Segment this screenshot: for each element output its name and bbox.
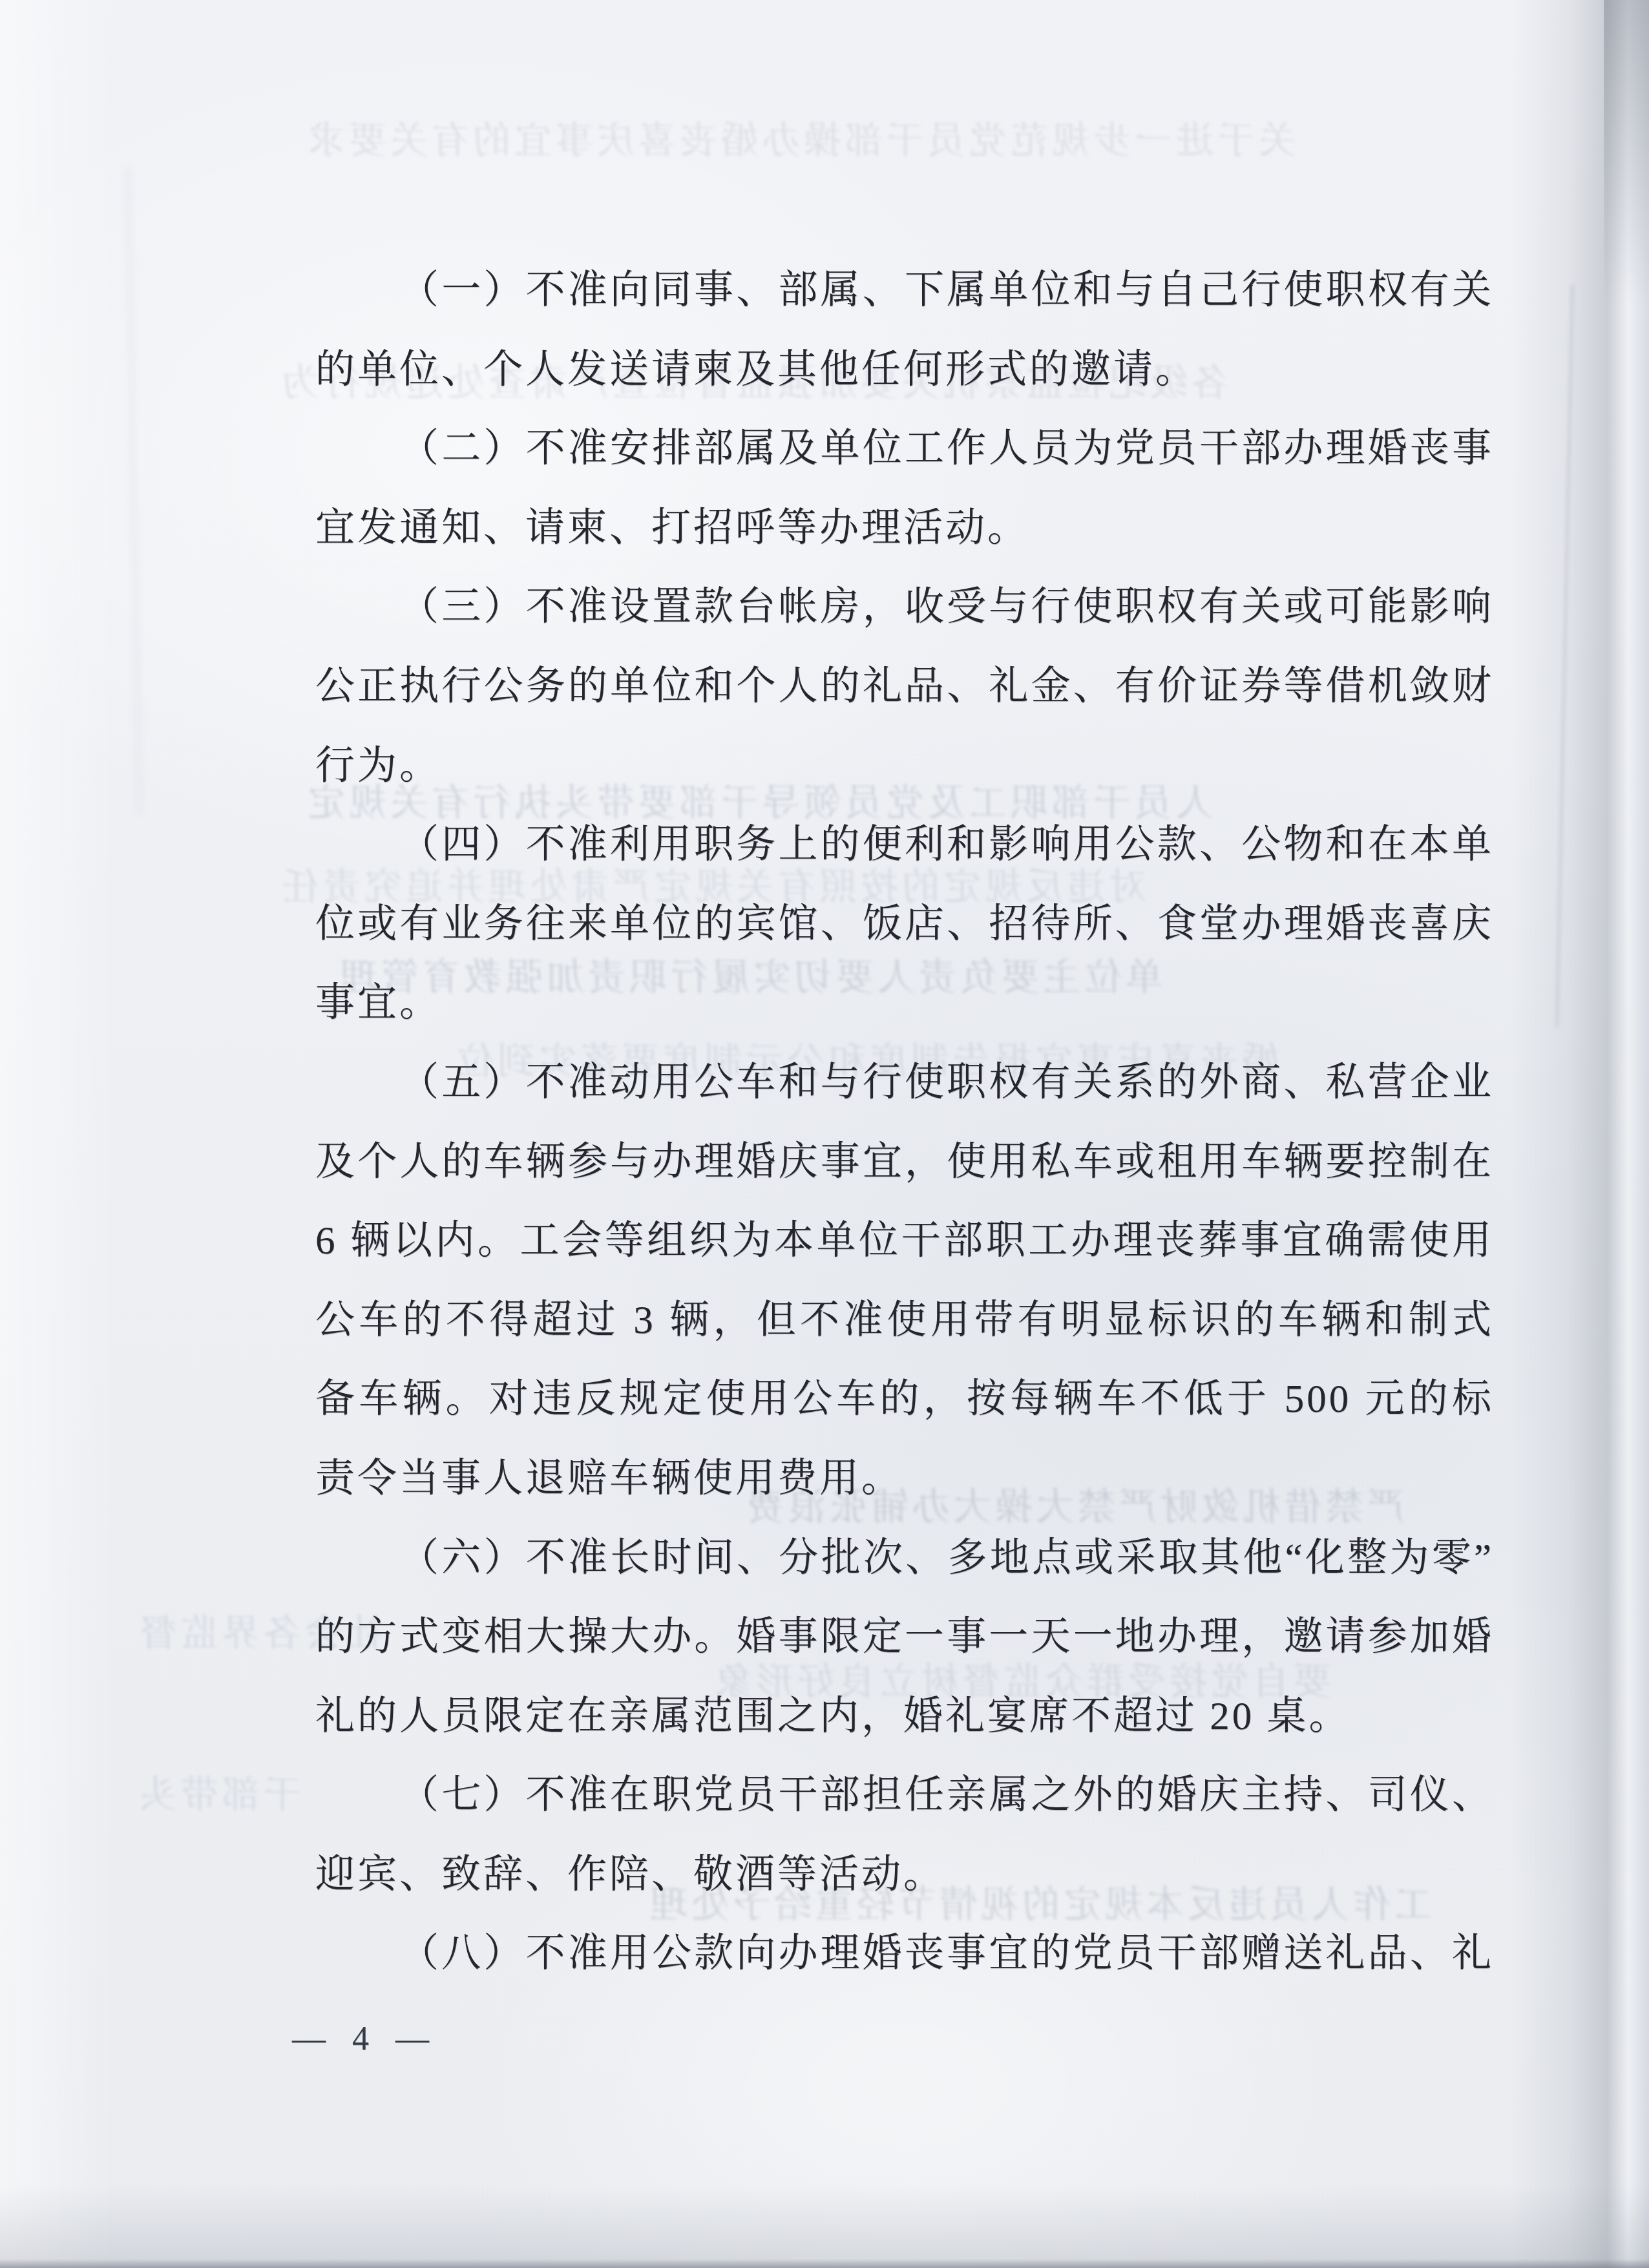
document-line: 备车辆。对违反规定使用公车的，按每辆车不低于 500 元的标准 — [315, 1360, 1494, 1440]
document-line: 责令当事人退赔车辆使用费用。 — [315, 1440, 1494, 1519]
document-line: 宜发通知、请柬、打招呼等办理活动。 — [315, 489, 1494, 569]
scan-corner-shadow — [1604, 0, 1649, 304]
document-line: 的方式变相大操大办。婚事限定一事一天一地办理，邀请参加婚 — [315, 1598, 1494, 1677]
document-line: 的单位、个人发送请柬及其他任何形式的邀请。 — [315, 331, 1494, 410]
document-line: 事宜。 — [315, 964, 1494, 1044]
document-line: 公车的不得超过 3 辆，但不准使用带有明显标识的车辆和制式装 — [315, 1281, 1494, 1361]
page-number: — 4 — — [292, 2020, 438, 2058]
document-line: 行为。 — [315, 727, 1494, 806]
document-line: 6 辆以内。工会等组织为本单位干部职工办理丧葬事宜确需使用 — [315, 1202, 1494, 1281]
document-line: 礼的人员限定在亲属范围之内，婚礼宴席不超过 20 桌。 — [315, 1677, 1494, 1757]
scan-edge-shadow-right — [1510, 0, 1649, 2268]
document-line: （八）不准用公款向办理婚丧事宜的党员干部赠送礼品、礼 — [315, 1915, 1494, 1994]
document-body: （一）不准向同事、部属、下属单位和与自己行使职权有关 的单位、个人发送请柬及其他… — [315, 251, 1494, 1994]
document-line: （六）不准长时间、分批次、多地点或采取其他“化整为零” — [315, 1519, 1494, 1599]
scan-edge-line-bottom — [0, 2259, 1649, 2268]
document-line: （七）不准在职党员干部担任亲属之外的婚庆主持、司仪、 — [315, 1756, 1494, 1836]
document-line: 及个人的车辆参与办理婚庆事宜，使用私车或租用车辆要控制在 — [315, 1123, 1494, 1202]
document-line: （一）不准向同事、部属、下属单位和与自己行使职权有关 — [315, 251, 1494, 331]
scan-edge-shadow-bottom — [0, 2184, 1649, 2268]
document-line: （五）不准动用公车和与行使职权有关系的外商、私营企业 — [315, 1044, 1494, 1123]
document-line: （二）不准安排部属及单位工作人员为党员干部办理婚丧事 — [315, 410, 1494, 489]
scanned-page: 关于进一步规范党员干部操办婚丧喜庆事宜的有关要求 各级纪检监察机关要加强监督检查… — [0, 0, 1649, 2268]
document-line: 位或有业务往来单位的宾馆、饭店、招待所、食堂办理婚丧喜庆 — [315, 885, 1494, 965]
bleedthrough-text: 干部带头 — [136, 1764, 301, 1818]
document-line: 公正执行公务的单位和个人的礼品、礼金、有价证券等借机敛财 — [315, 647, 1494, 727]
bleedthrough-text: 关于进一步规范党员干部操办婚丧喜庆事宜的有关要求 — [304, 110, 1296, 164]
document-line: （四）不准利用职务上的便利和影响用公款、公物和在本单 — [315, 806, 1494, 885]
document-line: 迎宾、致辞、作陪、敬酒等活动。 — [315, 1836, 1494, 1915]
document-line: （三）不准设置款台帐房，收受与行使职权有关或可能影响 — [315, 568, 1494, 647]
